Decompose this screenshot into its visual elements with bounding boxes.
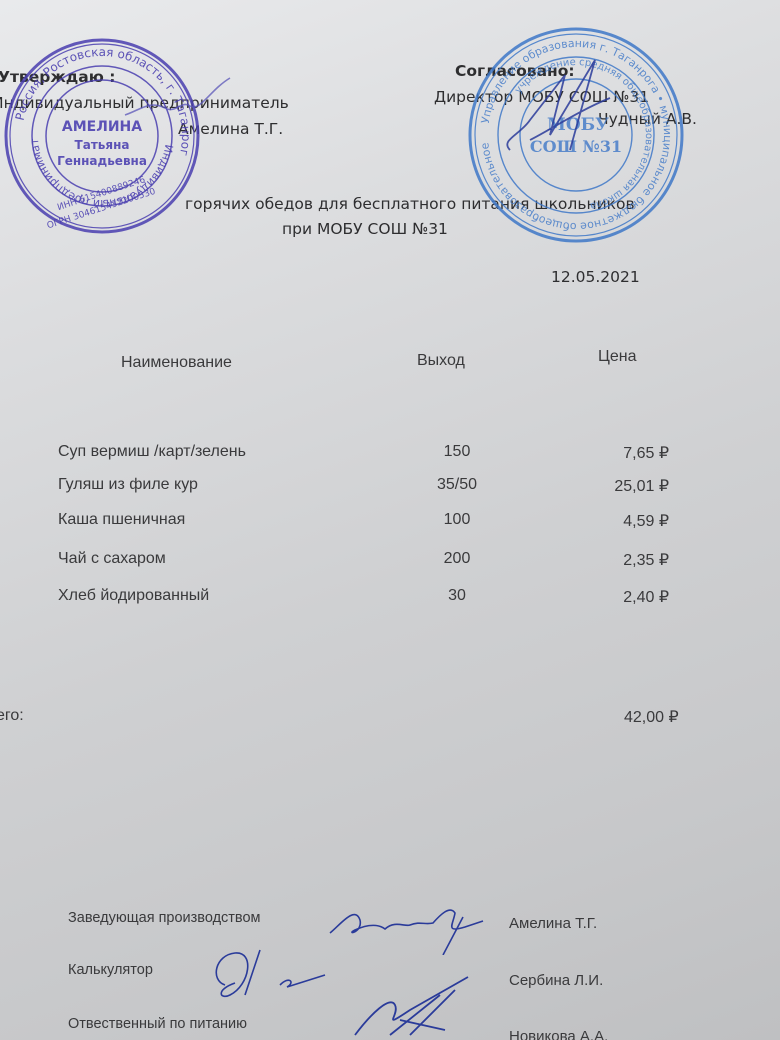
row-item-price: 7,65 ₽ — [623, 443, 669, 463]
signature-amelina-icon — [325, 895, 490, 955]
svg-text:ОГРН 304615432200530: ОГРН 304615432200530 — [46, 187, 157, 232]
signature-name-2: Новикова А.А. — [509, 1028, 608, 1040]
agree-name: Чудный А.В. — [598, 110, 697, 128]
column-header-price: Цена — [598, 348, 636, 366]
signature-serbina-icon — [205, 945, 330, 1010]
total-label: его: — [0, 707, 24, 725]
signature-role-2: Отвественный по питанию — [68, 1016, 247, 1032]
entrepreneur-stamp-icon: Россия, Ростовская область, г. Таганрог … — [2, 36, 202, 236]
agree-role: Директор МОБУ СОШ №31 — [434, 88, 649, 106]
row-item-yield: 150 — [417, 443, 497, 461]
agree-label: Согласовано: — [455, 62, 575, 80]
row-item-name: Каша пшеничная — [58, 511, 185, 529]
svg-text:СОШ №31: СОШ №31 — [530, 137, 622, 156]
approve-role: Индивидуальный предприниматель — [0, 94, 289, 112]
row-item-yield: 35/50 — [417, 476, 497, 494]
svg-text:Индивидуальный предприниматель: Индивидуальный предприниматель — [2, 36, 175, 210]
svg-text:АМЕЛИНА: АМЕЛИНА — [62, 119, 142, 135]
total-value: 42,00 ₽ — [624, 707, 679, 727]
row-item-price: 25,01 ₽ — [614, 476, 669, 496]
row-item-price: 2,35 ₽ — [623, 550, 669, 570]
row-item-name: Хлеб йодированный — [58, 587, 209, 605]
row-item-name: Чай с сахаром — [58, 550, 166, 568]
signature-name-0: Амелина Т.Г. — [509, 915, 597, 932]
row-item-price: 2,40 ₽ — [623, 587, 669, 607]
approve-name: Амелина Т.Г. — [178, 120, 283, 138]
row-item-yield: 30 — [417, 587, 497, 605]
column-header-name: Наименование — [121, 354, 232, 372]
svg-text:Геннадьевна: Геннадьевна — [57, 154, 147, 168]
column-header-yield: Выход — [417, 352, 465, 370]
svg-text:Татьяна: Татьяна — [75, 138, 130, 152]
signature-role-0: Заведующая производством — [68, 910, 261, 926]
row-item-yield: 100 — [417, 511, 497, 529]
signature-name-1: Сербина Л.И. — [509, 972, 603, 989]
document-title: горячих обедов для бесплатного питания ш… — [185, 195, 635, 213]
document-subtitle: при МОБУ СОШ №31 — [282, 220, 448, 238]
row-item-name: Суп вермиш /карт/зелень — [58, 443, 246, 461]
signature-role-1: Калькулятор — [68, 962, 153, 978]
svg-text:ИНН 615400889246: ИНН 615400889246 — [56, 175, 147, 213]
row-item-name: Гуляш из филе кур — [58, 476, 198, 494]
row-item-price: 4,59 ₽ — [623, 511, 669, 531]
document-date: 12.05.2021 — [551, 268, 640, 286]
svg-text:учреждение средняя общеобразов: учреждение средняя общеобразовательная ш… — [513, 57, 654, 212]
signature-novikova-icon — [350, 975, 480, 1040]
row-item-yield: 200 — [417, 550, 497, 568]
approve-label: Утверждаю : — [0, 68, 115, 86]
